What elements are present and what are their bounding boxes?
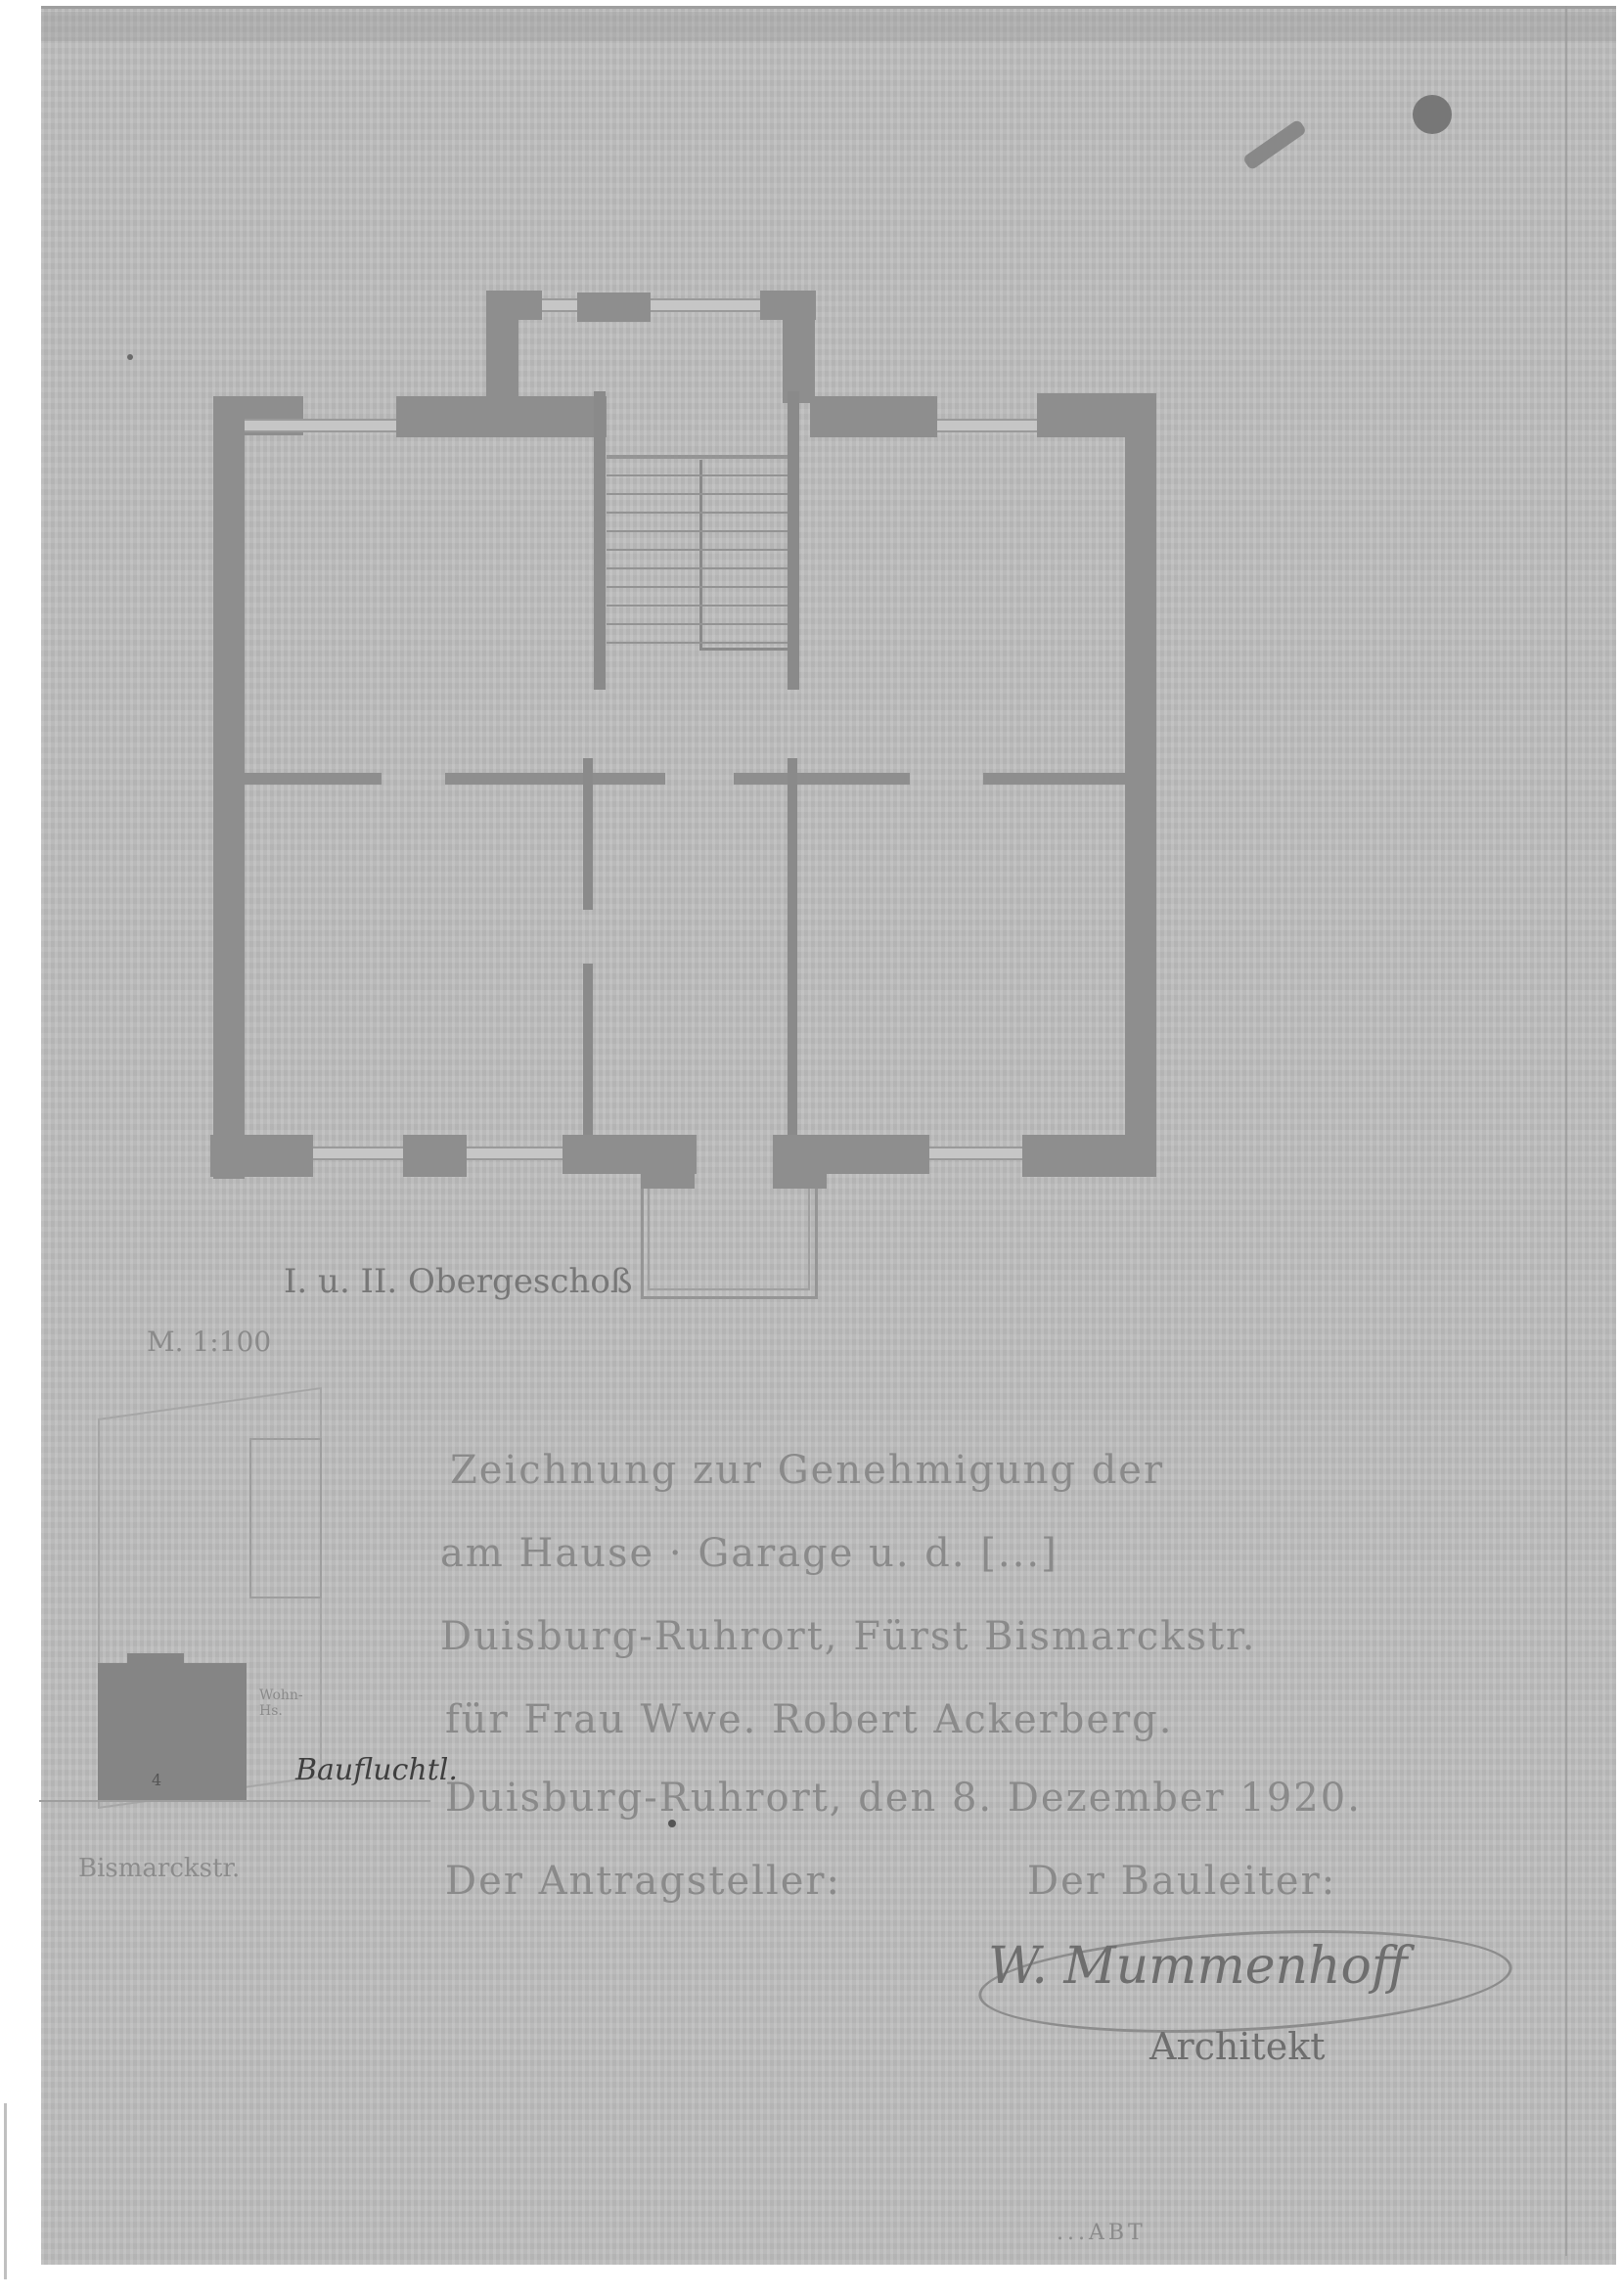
stair-hall-wall-left xyxy=(594,391,606,690)
stair-tread xyxy=(607,474,788,476)
stair-tread xyxy=(607,530,788,532)
plan-label: I. u. II. Obergeschoß xyxy=(284,1262,633,1301)
top-wall-segment xyxy=(810,396,937,437)
dot-mark xyxy=(127,354,133,360)
cross-wall xyxy=(445,773,665,785)
stair-tread xyxy=(607,512,788,514)
ink-spot xyxy=(1413,95,1452,134)
title-line-5: Duisburg-Ruhrort, den 8. Dezember 1920. xyxy=(445,1776,1362,1821)
stair-tread xyxy=(607,493,788,495)
stair-top-edge xyxy=(607,455,788,459)
site-building-line xyxy=(39,1800,430,1802)
builder-signature: W. Mummenhoff xyxy=(988,1937,1408,1996)
stair-tower-right-wall xyxy=(783,291,815,403)
stair-tread xyxy=(607,549,788,551)
site-neighbor-building xyxy=(249,1438,322,1598)
window xyxy=(245,419,406,432)
outer-wall-left xyxy=(213,396,245,1179)
bottom-wall-segment xyxy=(563,1135,697,1174)
top-wall-segment xyxy=(396,396,607,437)
sheet-top-band xyxy=(41,12,1616,41)
stair-tread xyxy=(607,623,788,625)
window xyxy=(937,419,1045,432)
balcony-inner xyxy=(648,1189,810,1290)
title-line-4: für Frau Wwe. Robert Ackerberg. xyxy=(445,1697,1173,1742)
stair-landing-edge xyxy=(702,648,788,651)
title-line-1: Zeichnung zur Genehmigung der xyxy=(450,1448,1164,1493)
scan-edge-line xyxy=(4,2103,7,2279)
street-label: Bismarckstr. xyxy=(78,1854,240,1883)
window xyxy=(467,1147,564,1160)
bottom-wall-segment xyxy=(773,1135,929,1174)
stair-handrail xyxy=(699,460,702,651)
interior-wall xyxy=(583,758,593,910)
bottom-wall-segment xyxy=(403,1135,467,1177)
ink-dot xyxy=(668,1820,676,1827)
stair-tread xyxy=(607,642,788,644)
stair-hall-wall-right xyxy=(788,391,799,690)
interior-wall xyxy=(583,964,593,1140)
builder-label: Der Bauleiter: xyxy=(1027,1859,1336,1904)
builder-title: Architekt xyxy=(1149,2025,1326,2068)
bottom-wall-segment xyxy=(1022,1135,1156,1177)
site-lot-number: 4 xyxy=(152,1771,161,1789)
title-line-2: am Hause · Garage u. d. [...] xyxy=(440,1531,1058,1576)
outer-wall-right xyxy=(1125,393,1156,1176)
cross-wall xyxy=(240,773,382,785)
window xyxy=(929,1147,1027,1160)
scale-label: M. 1:100 xyxy=(147,1326,271,1358)
site-side-note: Wohn- Hs. xyxy=(259,1688,303,1719)
site-building-footprint xyxy=(98,1663,247,1800)
stair-window xyxy=(542,298,577,312)
entrance-pier xyxy=(773,1169,827,1189)
entrance-pier xyxy=(641,1169,695,1189)
stair-tread xyxy=(607,567,788,569)
title-line-3: Duisburg-Ruhrort, Fürst Bismarckstr. xyxy=(440,1614,1256,1659)
stair-tower-chimney xyxy=(577,293,651,322)
bottom-wall-segment xyxy=(210,1135,313,1177)
archive-stamp: ...ABT xyxy=(1057,2221,1147,2245)
stair-tower-corner-left xyxy=(486,291,542,320)
cross-wall xyxy=(983,773,1130,785)
stair-tread xyxy=(607,586,788,588)
stair-tread xyxy=(607,605,788,607)
window xyxy=(313,1147,411,1160)
site-building-stair xyxy=(127,1653,184,1668)
interior-wall xyxy=(788,758,797,1145)
building-line-label: Baufluchtl. xyxy=(295,1753,458,1787)
stair-window xyxy=(651,298,760,312)
cross-wall xyxy=(734,773,910,785)
sheet-right-border xyxy=(1565,6,1567,2256)
applicant-label: Der Antragsteller: xyxy=(445,1859,841,1904)
